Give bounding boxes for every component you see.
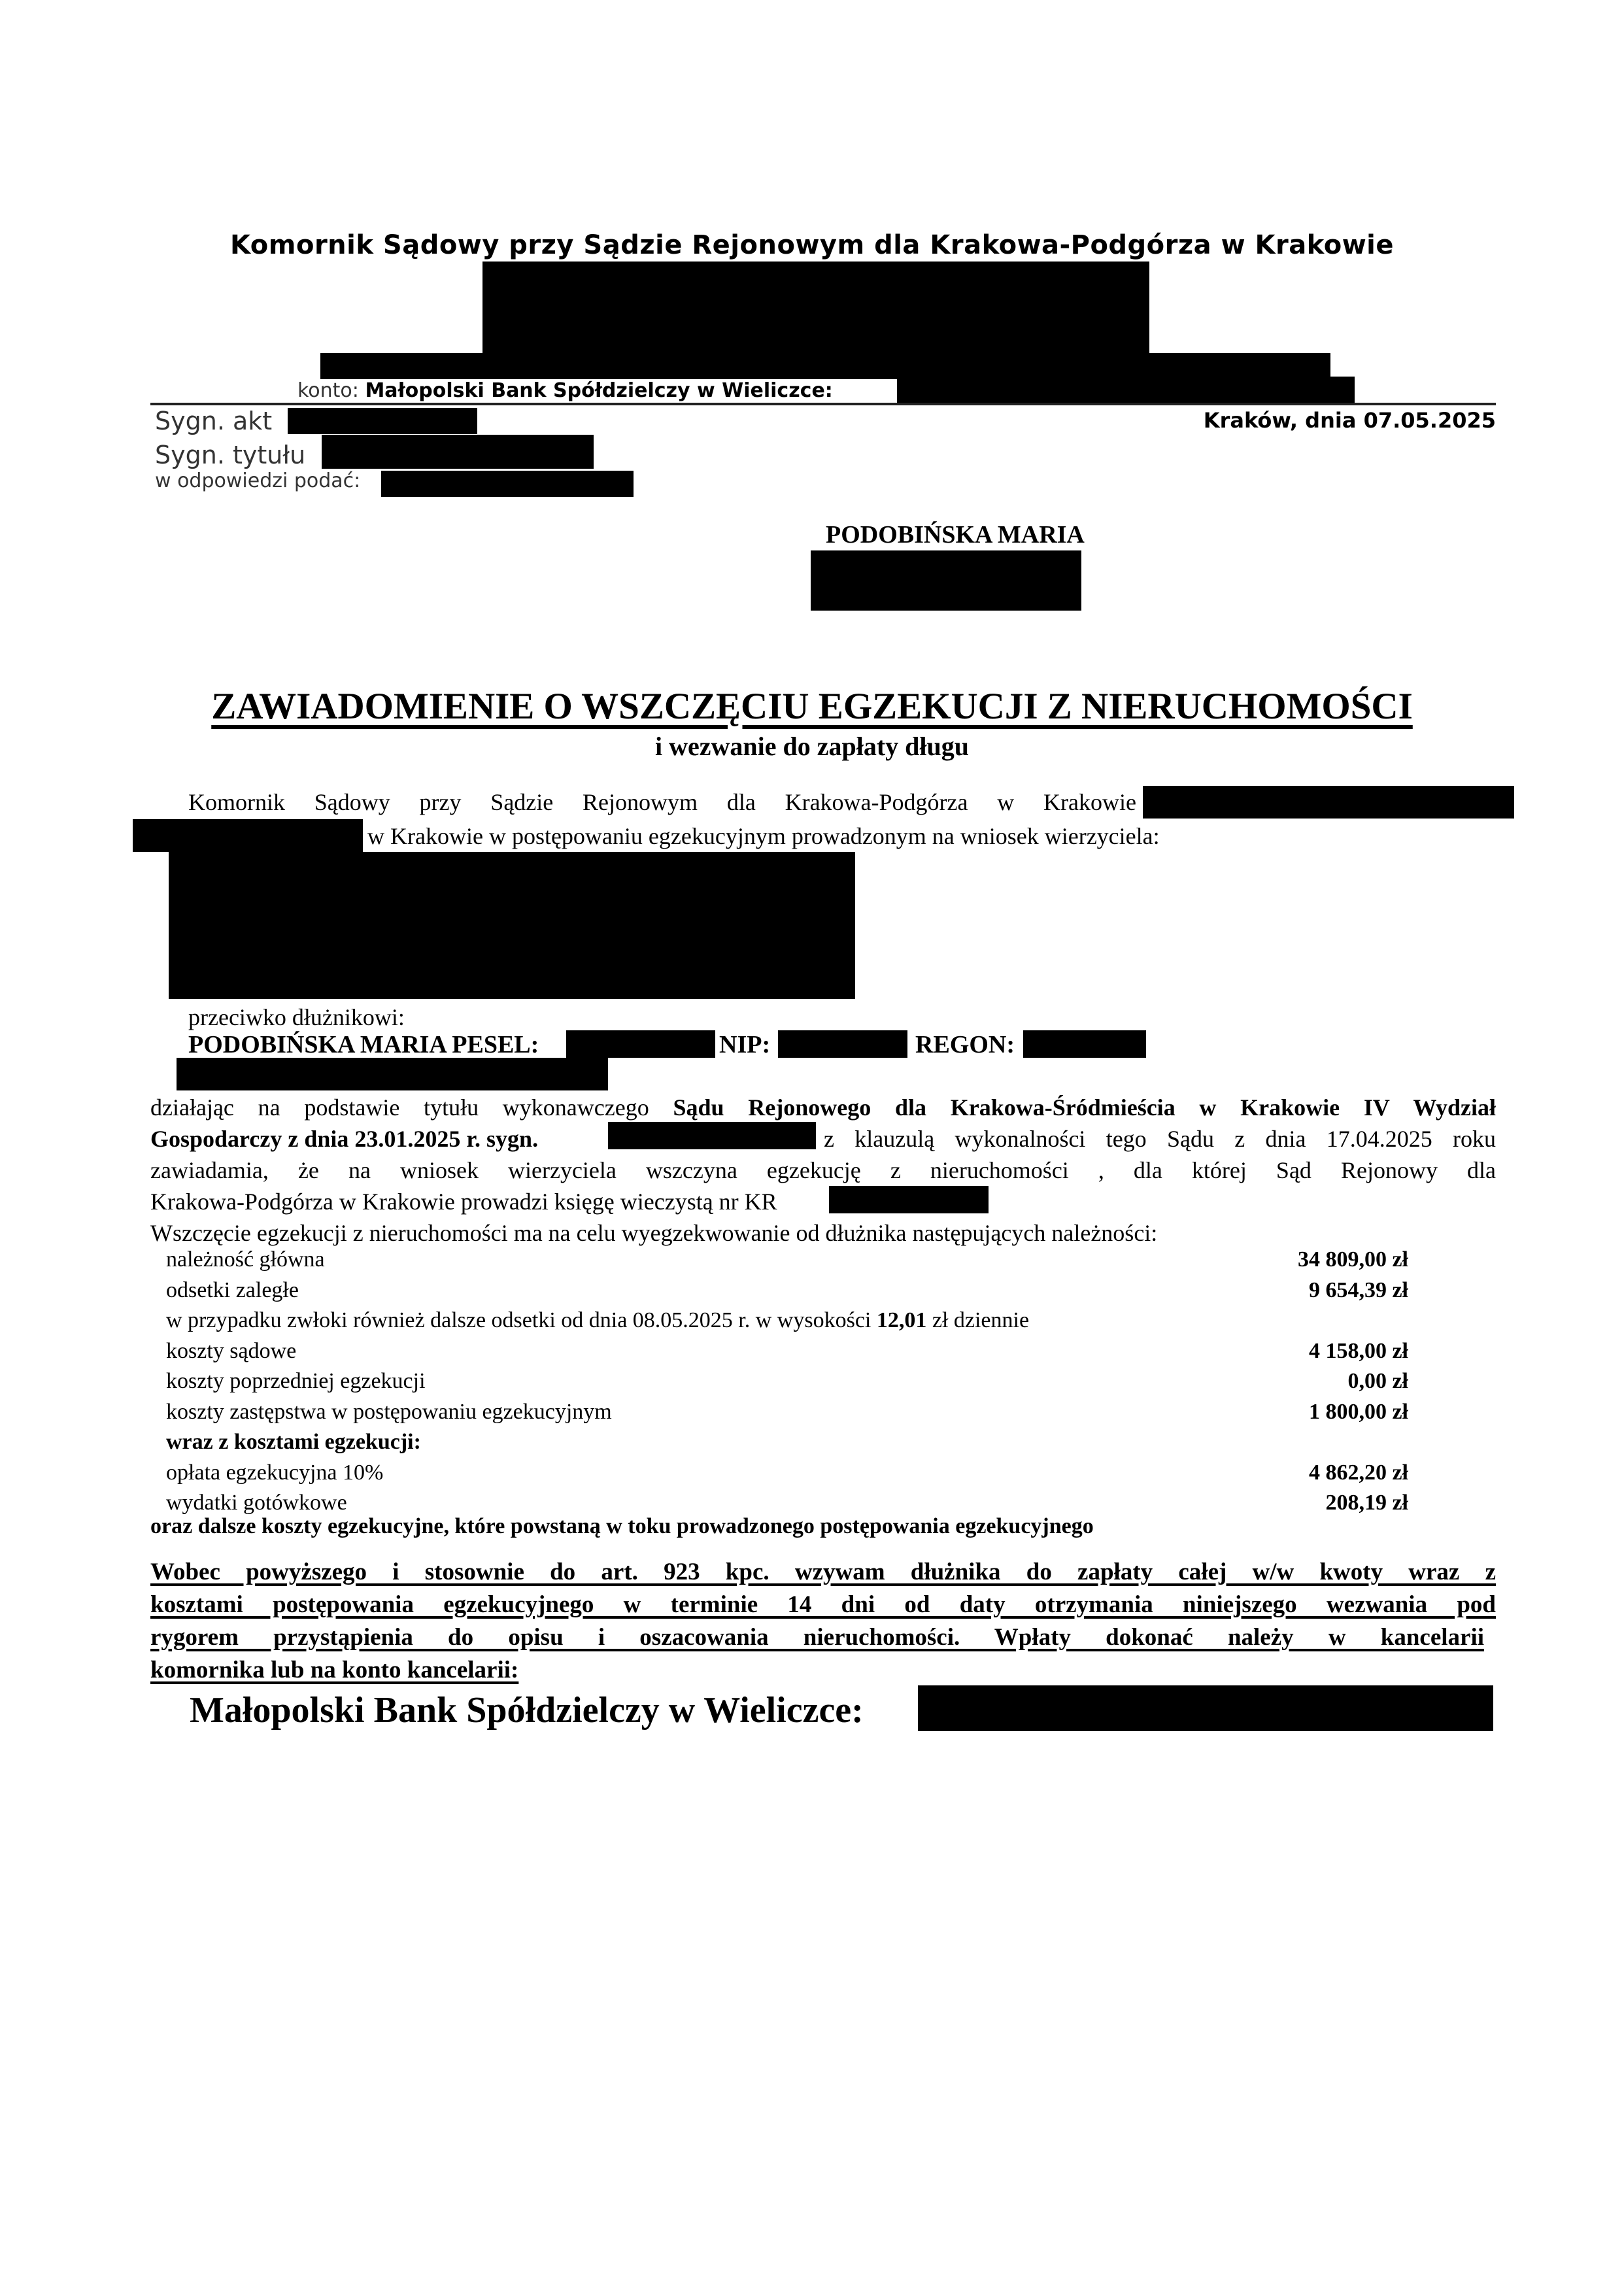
amount-value: 208,19 zł (1325, 1491, 1408, 1515)
redacted-regon (1023, 1030, 1146, 1058)
amount-label: wydatki gotówkowe (166, 1491, 347, 1515)
redacted-bailiff-name-cont (133, 819, 363, 852)
case-number-label: Sygn. akt (155, 407, 272, 435)
redacted-reply-reference (381, 471, 634, 497)
purpose-line: Wszczęcie egzekucji z nieruchomości ma n… (150, 1217, 1157, 1249)
redacted-account-number (897, 377, 1355, 403)
basis-line-3-text: zawiadamia, że na wniosek wierzyciela ws… (150, 1157, 1496, 1183)
redacted-bailiff-name (1143, 786, 1514, 819)
amount-label: w przypadku zwłoki również dalsze odsetk… (166, 1308, 1029, 1333)
amount-label: koszty zastępstwa w postępowaniu egzekuc… (166, 1400, 612, 1425)
amount-row: w przypadku zwłoki również dalsze odsetk… (166, 1308, 1408, 1338)
account-label: konto: (297, 379, 359, 402)
regon-label: REGON: (915, 1030, 1015, 1059)
office-header: Komornik Sądowy przy Sądzie Rejonowym dl… (0, 230, 1624, 260)
redacted-debtor-address (177, 1058, 608, 1090)
document-title-text: ZAWIADOMIENIE O WSZCZĘCIU EGZEKUCJI Z NI… (211, 686, 1413, 727)
amount-value: 4 862,20 zł (1309, 1460, 1408, 1485)
amount-row: opłata egzekucyjna 10%4 862,20 zł (166, 1460, 1408, 1491)
redacted-office-contact (320, 353, 1330, 379)
amount-label: opłata egzekucyjna 10% (166, 1460, 383, 1485)
amount-row: wraz z kosztami egzekucji: (166, 1430, 1408, 1460)
redacted-pesel (566, 1030, 715, 1058)
demand-line-3: rygorem przystąpienia do opisu i oszacow… (150, 1621, 1484, 1654)
addressee-name: PODOBIŃSKA MARIA (826, 520, 1085, 549)
header-divider (150, 403, 1496, 405)
debtor-name: PODOBIŃSKA MARIA PESEL: (188, 1031, 539, 1058)
basis-line-1: działając na podstawie tytułu wykonawcze… (150, 1092, 1496, 1123)
issuing-court: Sądu Rejonowego dla Krakowa-Śródmieścia … (673, 1094, 1496, 1121)
amount-value: 4 158,00 zł (1309, 1339, 1408, 1364)
basis-line-2b: z klauzulą wykonalności tego Sądu z dnia… (824, 1123, 1496, 1155)
redacted-judgment-signature (608, 1122, 816, 1149)
redacted-bank-account (918, 1685, 1493, 1731)
judgment-date: Gospodarczy z dnia 23.01.2025 r. sygn. (150, 1126, 538, 1152)
amount-label: koszty poprzedniej egzekucji (166, 1369, 426, 1394)
amount-value: 34 809,00 zł (1298, 1247, 1408, 1272)
nip-label: NIP: (719, 1030, 770, 1059)
basis-line-3: zawiadamia, że na wniosek wierzyciela ws… (150, 1155, 1496, 1186)
payment-demand: Wobec powyższego i stosownie do art. 923… (150, 1556, 1496, 1687)
amount-row: odsetki zaległe9 654,39 zł (166, 1278, 1408, 1308)
intro-line-2: w Krakowie w postępowaniu egzekucyjnym p… (367, 820, 1160, 852)
amount-label: wraz z kosztami egzekucji: (166, 1430, 421, 1455)
intro-line-1-text: Komornik Sądowy przy Sądzie Rejonowym dl… (188, 789, 1136, 815)
basis-line-4: Krakowa-Podgórza w Krakowie prowadzi ksi… (150, 1186, 777, 1217)
redacted-office-address (482, 262, 1149, 353)
amount-row: koszty poprzedniej egzekucji0,00 zł (166, 1369, 1408, 1399)
document-subtitle: i wezwanie do zapłaty długu (0, 731, 1624, 762)
intro-line-1: Komornik Sądowy przy Sądzie Rejonowym dl… (188, 786, 1136, 818)
document-title: ZAWIADOMIENIE O WSZCZĘCIU EGZEKUCJI Z NI… (0, 685, 1624, 728)
redacted-nip (778, 1030, 907, 1058)
amount-row: koszty zastępstwa w postępowaniu egzekuc… (166, 1400, 1408, 1430)
amount-row: koszty sądowe4 158,00 zł (166, 1339, 1408, 1369)
demand-line-2: kosztami postępowania egzekucyjnego w te… (150, 1589, 1496, 1621)
amount-value: 9 654,39 zł (1309, 1278, 1408, 1303)
reply-reference-label: w odpowiedzi podać: (155, 469, 360, 492)
debtor-line: PODOBIŃSKA MARIA PESEL: (188, 1030, 539, 1059)
title-number-label: Sygn. tytułu (155, 441, 305, 469)
amount-label: koszty sądowe (166, 1339, 296, 1364)
amount-label: należność główna (166, 1247, 325, 1272)
basis-line-1-text: działając na podstawie tytułu wykonawcze… (150, 1094, 673, 1121)
redacted-title-number (322, 435, 594, 469)
redacted-creditor (169, 852, 855, 999)
basis-line-2a: Gospodarczy z dnia 23.01.2025 r. sygn. (150, 1123, 538, 1155)
place-date: Kraków, dnia 07.05.2025 (1204, 408, 1496, 433)
redacted-case-number (288, 408, 477, 434)
further-costs: oraz dalsze koszty egzekucyjne, które po… (150, 1514, 1094, 1539)
amount-value: 0,00 zł (1347, 1369, 1408, 1394)
amount-row: należność główna34 809,00 zł (166, 1247, 1408, 1277)
redacted-land-register-number (829, 1186, 989, 1213)
redacted-addressee-address (811, 550, 1081, 611)
against-debtor-label: przeciwko dłużnikowi: (188, 1002, 405, 1033)
amount-value: 1 800,00 zł (1309, 1400, 1408, 1425)
account-line: konto: Małopolski Bank Spółdzielczy w Wi… (297, 379, 833, 402)
amount-label: odsetki zaległe (166, 1278, 299, 1303)
demand-line-4: komornika lub na konto kancelarii: (150, 1654, 1496, 1687)
payment-bank-name: Małopolski Bank Spółdzielczy w Wieliczce… (190, 1689, 864, 1731)
account-bank-name: Małopolski Bank Spółdzielczy w Wieliczce… (365, 379, 832, 402)
enforcement-clause: z klauzulą wykonalności tego Sądu z dnia… (824, 1126, 1496, 1152)
demand-line-1: Wobec powyższego i stosownie do art. 923… (150, 1556, 1496, 1589)
